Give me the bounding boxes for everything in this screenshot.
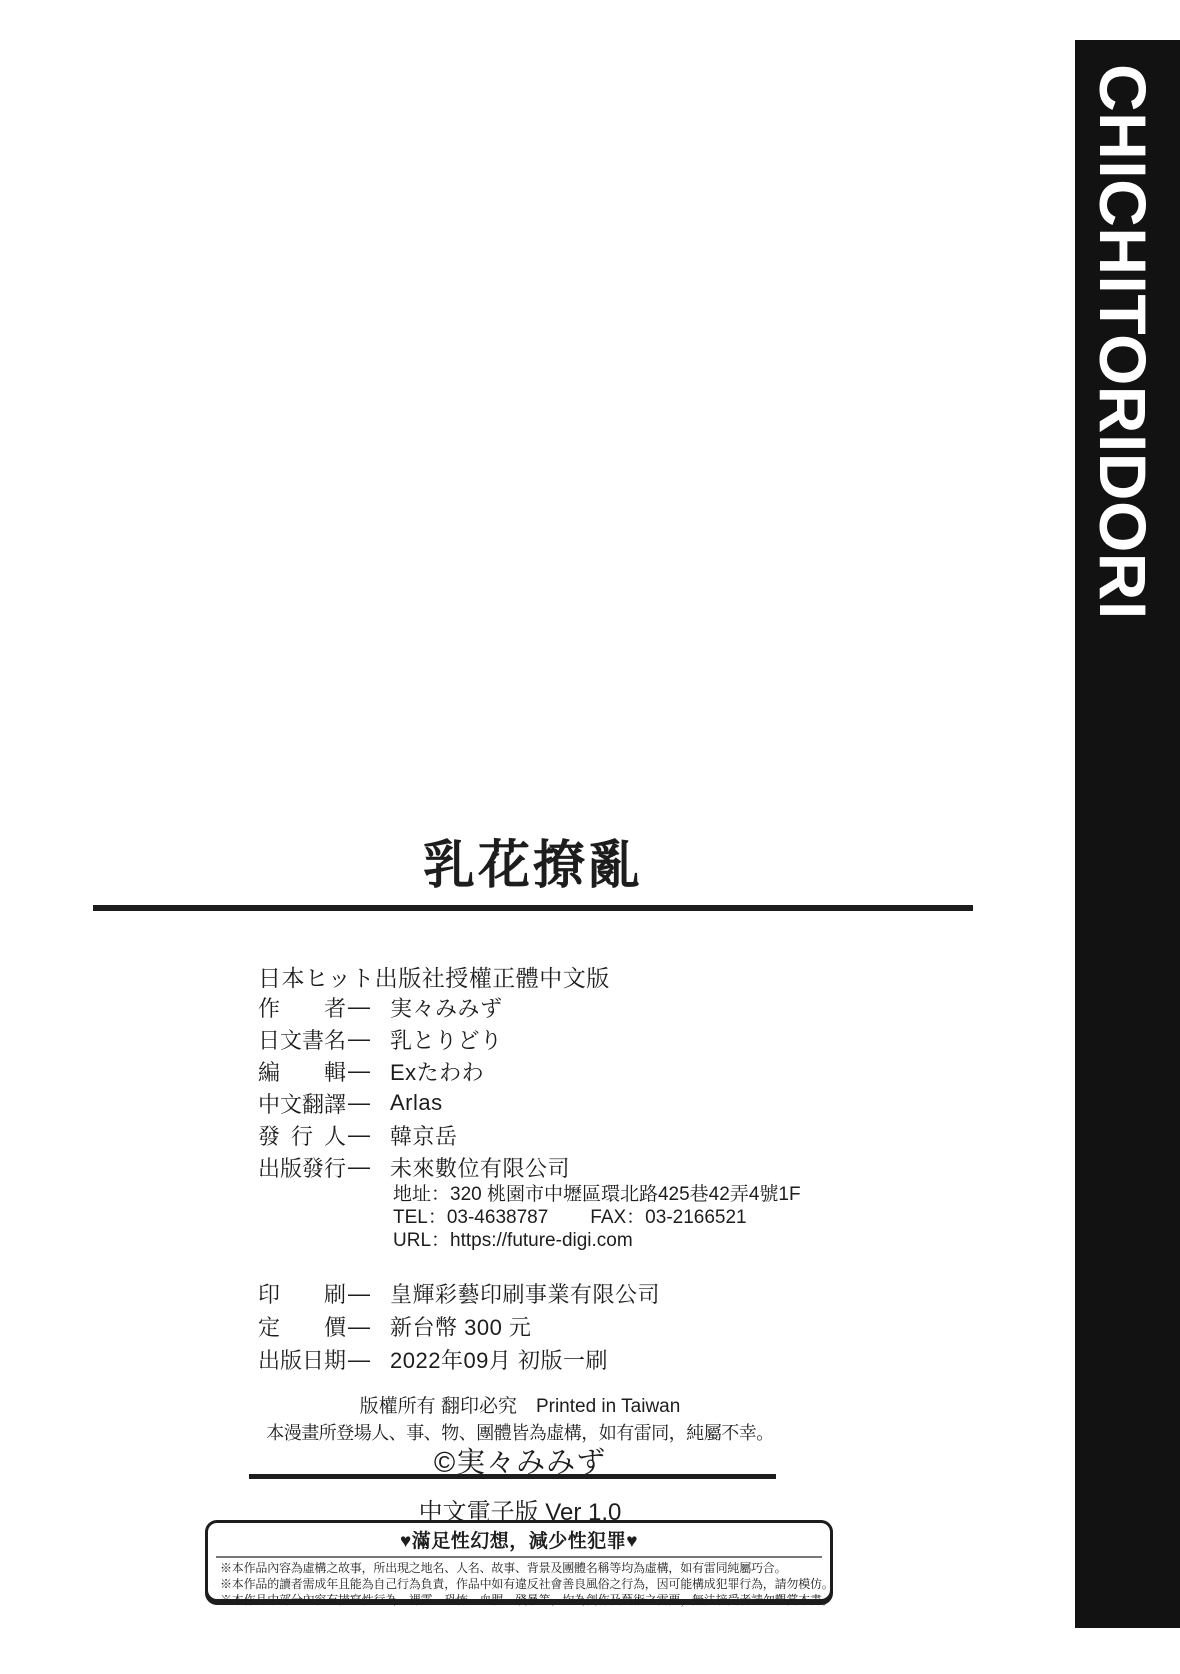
publisher-contact-block: 地址：320 桃園市中壢區環北路425巷42弄4號1F TEL：03-46387… [393,1181,801,1250]
publisher-tel-fax: TEL：03-4638787FAX：03-2166521 [393,1204,801,1227]
credit-value: 乳とりどり [390,1024,503,1055]
credits-list: 作者—実々みみず 日文書名—乳とりどり 編輯—Exたわわ 中文翻譯—Arlas … [258,991,570,1183]
credit-value: 実々みみず [390,992,503,1023]
credit-label: 編輯 [258,1056,346,1087]
credit-dash: — [348,1026,370,1052]
warning-slogan: ♥滿足性幻想，減少性犯罪♥ [208,1526,830,1553]
warning-notes: ※本作品內容為虛構之故事，所出現之地名、人名、故事、背景及團體名稱等均為虛構，如… [208,1560,830,1608]
credit-dash: — [348,1122,370,1148]
book-title: 乳花撩亂 [93,836,973,896]
print-info-list: 印刷—皇輝彩藝印刷事業有限公司 定價—新台幣 300 元 出版日期—2022年0… [258,1277,660,1376]
publisher-url: URL：https://future-digi.com [393,1227,801,1250]
credit-label: 定價 [258,1311,346,1342]
credit-dash: — [348,1058,370,1084]
colophon-page: CHICHITORIDORI 乳花撩亂 日本ヒット出版社授權正體中文版 作者—実… [0,0,1180,1674]
spine-romanized-title: CHICHITORIDORI [1085,64,1161,620]
credit-dash: — [348,1154,370,1180]
publisher-address: 地址：320 桃園市中壢區環北路425巷42弄4號1F [393,1181,801,1204]
rights-line: 版權所有 翻印必究 Printed in Taiwan [100,1391,940,1418]
credit-label: 印刷 [258,1278,346,1309]
credit-value: 新台幣 300 元 [390,1311,531,1342]
warning-note: ※本作品中部分內容有描寫性行為、裸露、恐怖、血腥、殘暴等。均為創作及藝術之需要，… [220,1592,818,1608]
credit-row-author: 作者—実々みみず [258,991,570,1023]
credit-value: 未來數位有限公司 [390,1152,570,1183]
credit-dash: — [348,1090,370,1116]
credit-label: 日文書名 [258,1024,346,1055]
credit-value: Arlas [390,1090,443,1116]
title-rule [93,905,973,911]
footer-rule [249,1474,776,1479]
credit-label: 中文翻譯 [258,1088,346,1119]
license-notice: 日本ヒット出版社授權正體中文版 [258,960,610,993]
spine-bar: CHICHITORIDORI [1075,40,1180,1628]
credit-row-editor: 編輯—Exたわわ [258,1055,570,1087]
url-text: URL：https://future-digi.com [393,1225,633,1252]
credit-row-price: 定價—新台幣 300 元 [258,1310,660,1343]
credit-label: 出版日期 [258,1344,346,1375]
credit-row-translator: 中文翻譯—Arlas [258,1087,570,1119]
warning-divider [216,1556,822,1558]
credit-label: 出版發行 [258,1152,346,1183]
credit-value: 韓京岳 [390,1120,458,1151]
credit-label: 作者 [258,992,346,1023]
content-warning-box: ♥滿足性幻想，減少性犯罪♥ ※本作品內容為虛構之故事，所出現之地名、人名、故事、… [205,1520,833,1602]
warning-note: ※本作品的讀者需成年且能為自己行為負責，作品中如有違反社會善良風俗之行為，因可能… [220,1576,818,1592]
credit-dash: — [348,1314,370,1340]
credit-value: 皇輝彩藝印刷事業有限公司 [390,1278,660,1309]
credit-row-printer: 印刷—皇輝彩藝印刷事業有限公司 [258,1277,660,1310]
credit-dash: — [348,1281,370,1307]
credit-row-issuer: 發行人—韓京岳 [258,1119,570,1151]
credit-label: 發行人 [258,1120,346,1151]
credit-dash: — [348,994,370,1020]
warning-note: ※本作品內容為虛構之故事，所出現之地名、人名、故事、背景及團體名稱等均為虛構，如… [220,1560,818,1576]
credit-row-publication-date: 出版日期—2022年09月 初版一刷 [258,1343,660,1376]
credit-row-japanese-title: 日文書名—乳とりどり [258,1023,570,1055]
credit-dash: — [348,1347,370,1373]
credit-value: Exたわわ [390,1056,484,1087]
credit-value: 2022年09月 初版一刷 [390,1344,608,1375]
